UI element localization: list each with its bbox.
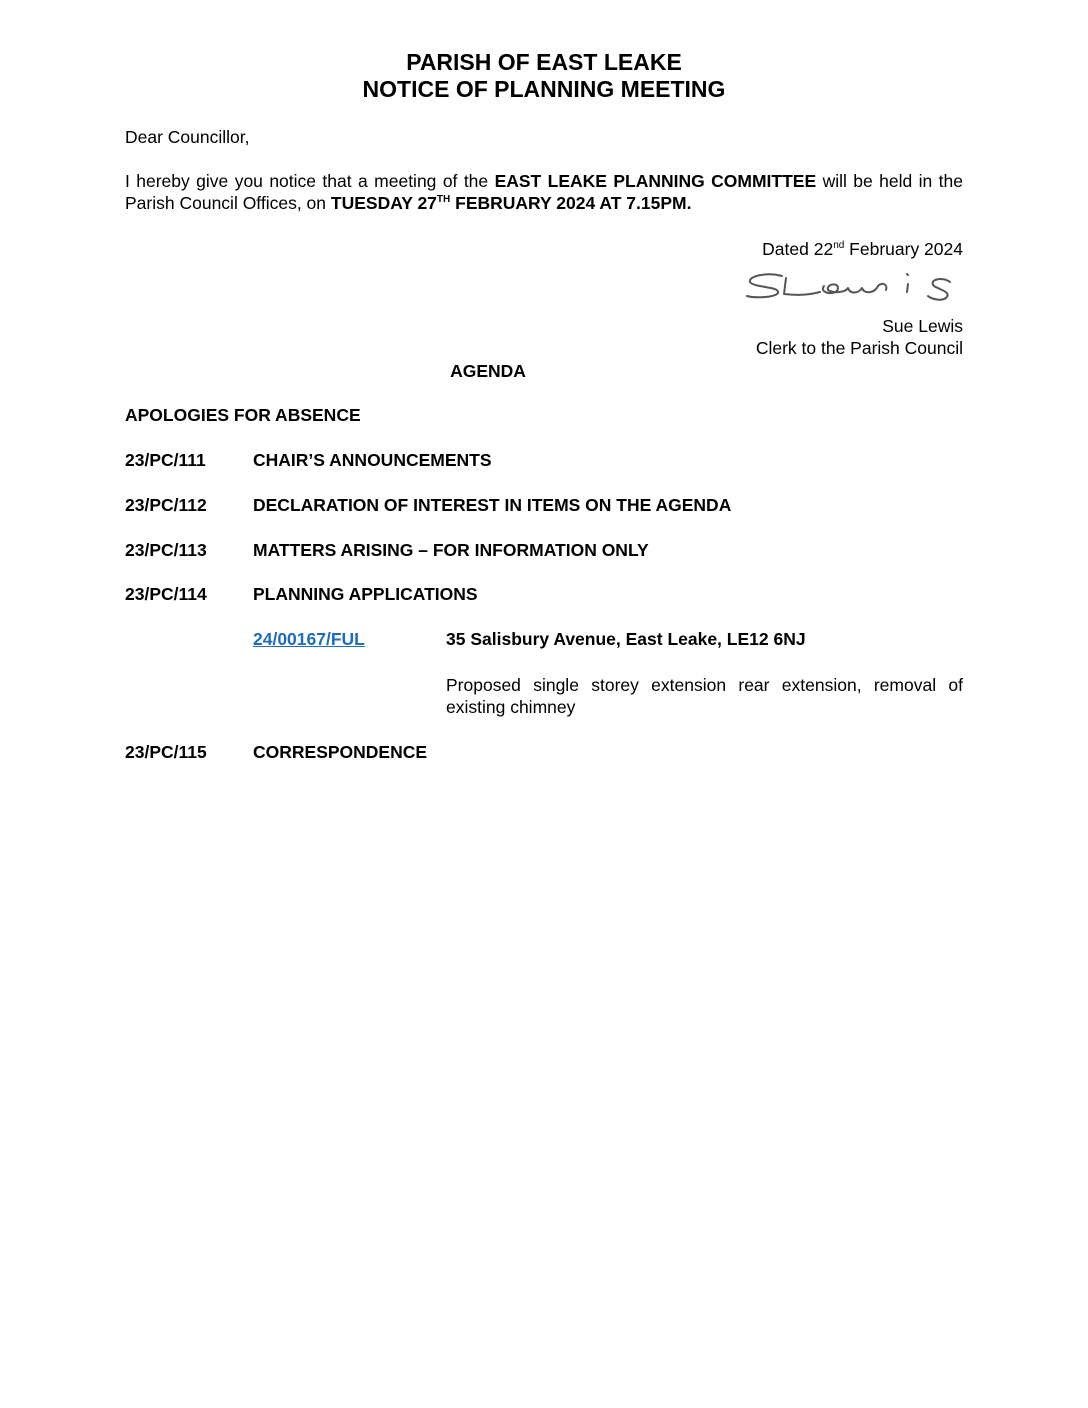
intro-paragraph: I hereby give you notice that a meeting … xyxy=(125,170,963,214)
agenda-item-title: MATTERS ARISING – FOR INFORMATION ONLY xyxy=(253,539,649,561)
apologies-heading: APOLOGIES FOR ABSENCE xyxy=(125,404,361,426)
planning-application-link[interactable]: 24/00167/FUL xyxy=(253,628,365,650)
agenda-item-ref: 23/PC/115 xyxy=(125,741,207,763)
signature-icon xyxy=(742,268,957,304)
salutation: Dear Councillor, xyxy=(125,126,250,148)
application-address: 35 Salisbury Avenue, East Leake, LE12 6N… xyxy=(446,628,806,650)
agenda-item-ref: 23/PC/113 xyxy=(125,539,207,561)
dated-line: Dated 22nd February 2024 xyxy=(762,238,963,260)
meeting-date: TUESDAY 27TH FEBRUARY 2024 AT 7.15PM. xyxy=(331,193,692,213)
clerk-role: Clerk to the Parish Council xyxy=(756,337,963,359)
agenda-item-title: PLANNING APPLICATIONS xyxy=(253,583,478,605)
agenda-item-title: CORRESPONDENCE xyxy=(253,741,427,763)
application-description: Proposed single storey extension rear ex… xyxy=(446,674,963,718)
agenda-heading: AGENDA xyxy=(0,360,976,382)
agenda-item-ref: 23/PC/114 xyxy=(125,583,207,605)
clerk-name: Sue Lewis xyxy=(882,315,963,337)
agenda-item-ref: 23/PC/111 xyxy=(125,449,206,471)
agenda-item-title: DECLARATION OF INTEREST IN ITEMS ON THE … xyxy=(253,494,731,516)
committee-name: EAST LEAKE PLANNING COMMITTEE xyxy=(495,171,817,191)
agenda-item-ref: 23/PC/112 xyxy=(125,494,207,516)
parish-title: PARISH OF EAST LEAKE xyxy=(0,49,1088,75)
notice-title: NOTICE OF PLANNING MEETING xyxy=(0,76,1088,102)
agenda-item-title: CHAIR’S ANNOUNCEMENTS xyxy=(253,449,492,471)
